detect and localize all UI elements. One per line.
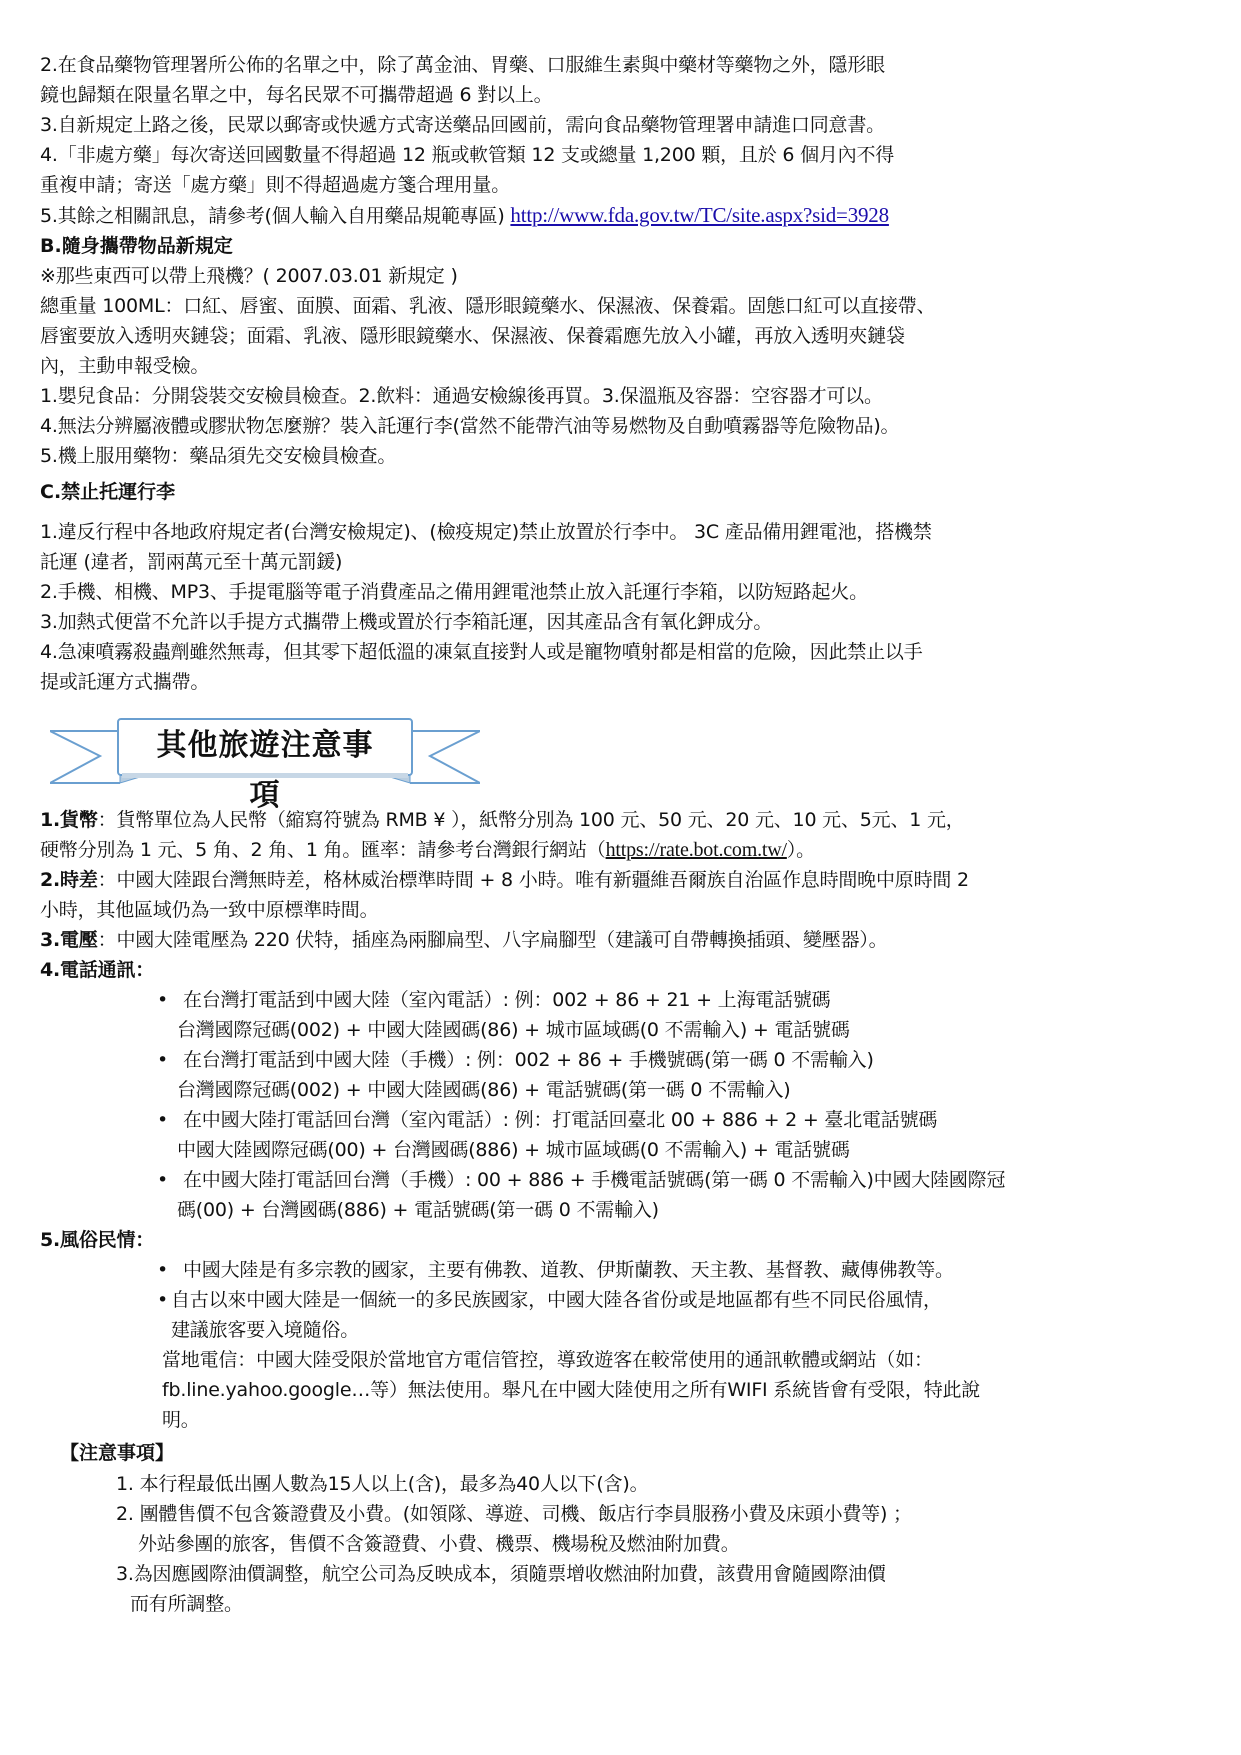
text-line: 2.在食品藥物管理署所公佈的名單之中，除了萬金油、胃藥、口服維生素與中藥材等藥物… xyxy=(40,50,1200,80)
customs-list: •中國大陸是有多宗教的國家，主要有佛教、道教、伊斯蘭教、天主教、基督教、藏傳佛教… xyxy=(40,1255,1200,1435)
text-line: 鏡也歸類在限量名單之中，每名民眾不可攜帶超過 6 對以上。 xyxy=(40,80,1200,110)
list-item: •中國大陸是有多宗教的國家，主要有佛教、道教、伊斯蘭教、天主教、基督教、藏傳佛教… xyxy=(40,1255,1200,1285)
text-line: 1.違反行程中各地政府規定者(台灣安檢規定)、(檢疫規定)禁止放置於行李中。 3… xyxy=(40,517,1200,547)
bullet-icon: • xyxy=(157,1105,183,1135)
fda-link[interactable]: http://www.fda.gov.tw/TC/site.aspx?sid=3… xyxy=(510,203,889,227)
phone-list: •在台灣打電話到中國大陸（室內電話）: 例：002 + 86 + 21 + 上海… xyxy=(40,985,1200,1225)
timezone-line: 2.時差：中國大陸跟台灣無時差，格林威治標準時間 + 8 小時。唯有新疆維吾爾族… xyxy=(40,865,1200,895)
currency-text: ：貨幣單位為人民幣（縮寫符號為 RMB ¥ ），紙幣分別為 100 元、50 元… xyxy=(98,809,965,831)
list-item: •在台灣打電話到中國大陸（室內電話）: 例：002 + 86 + 21 + 上海… xyxy=(40,985,1200,1015)
bot-rate-link[interactable]: https://rate.bot.com.tw/ xyxy=(606,839,787,861)
text-line: 4.急凍噴霧殺蟲劑雖然無毒，但其零下超低溫的凍氣直接對人或是寵物噴射都是相當的危… xyxy=(40,637,1200,667)
timezone-text: ：中國大陸跟台灣無時差，格林威治標準時間 + 8 小時。唯有新疆維吾爾族自治區作… xyxy=(98,869,969,891)
voltage-label: 3.電壓 xyxy=(40,929,98,951)
currency-line-2: 硬幣分別為 1 元、5 角、2 角、1 角。匯率：請參考台灣銀行網站（https… xyxy=(40,835,1200,865)
currency-line: 1.貨幣：貨幣單位為人民幣（縮寫符號為 RMB ¥ ），紙幣分別為 100 元、… xyxy=(40,805,1200,835)
section-b-title: B.隨身攜帶物品新規定 xyxy=(40,231,1200,261)
bullet-icon: • xyxy=(157,985,183,1015)
text-line: 重複申請；寄送「處方藥」則不得超過處方箋合理用量。 xyxy=(40,170,1200,200)
note-item: 2. 團體售價不包含簽證費及小費。(如領隊、導遊、司機、飯店行李員服務小費及床頭… xyxy=(40,1499,1200,1529)
travel-notes: 1.貨幣：貨幣單位為人民幣（縮寫符號為 RMB ¥ ），紙幣分別為 100 元、… xyxy=(40,805,1200,1435)
text-line: 總重量 100ML：口紅、唇蜜、面膜、面霜、乳液、隱形眼鏡藥水、保濕液、保養霜。… xyxy=(40,291,1200,321)
list-item-cont: 台灣國際冠碼(002) + 中國大陸國碼(86) + 城市區域碼(0 不需輸入)… xyxy=(40,1015,1200,1045)
phone-label: 4.電話通訊： xyxy=(40,955,1200,985)
currency-text-end: ）。 xyxy=(787,839,815,861)
note-item-cont: 而有所調整。 xyxy=(40,1589,1200,1619)
bullet-icon: • xyxy=(157,1255,183,1285)
telecom-line: 當地電信：中國大陸受限於當地官方電信管控，導致遊客在較常使用的通訊軟體或網站（如… xyxy=(40,1345,1200,1375)
list-item: •自古以來中國大陸是一個統一的多民族國家，中國大陸各省份或是地區都有些不同民俗風… xyxy=(40,1285,1200,1315)
text-line: 2.手機、相機、MP3、手提電腦等電子消費產品之備用鋰電池禁止放入託運行李箱，以… xyxy=(40,577,1200,607)
text-line: 提或託運方式攜帶。 xyxy=(40,667,1200,697)
timezone-line-2: 小時，其他區域仍為一致中原標準時間。 xyxy=(40,895,1200,925)
section-c: C.禁止托運行李 1.違反行程中各地政府規定者(台灣安檢規定)、(檢疫規定)禁止… xyxy=(40,477,1200,697)
note-item: 1. 本行程最低出團人數為15人以上(含)，最多為40人以下(含)。 xyxy=(40,1469,1200,1499)
text-line: 3.加熱式便當不允許以手提方式攜帶上機或置於行李箱託運，因其產品含有氧化鉀成分。 xyxy=(40,607,1200,637)
list-item: •在中國大陸打電話回台灣（室內電話）: 例：打電話回臺北 00 + 886 + … xyxy=(40,1105,1200,1135)
bullet-icon: • xyxy=(157,1045,183,1075)
timezone-label: 2.時差 xyxy=(40,869,98,891)
phone-item-text: 在台灣打電話到中國大陸（手機）: 例：002 + 86 + 手機號碼(第一碼 0… xyxy=(183,1049,874,1071)
list-item-cont: 中國大陸國際冠碼(00) + 台灣國碼(886) + 城市區域碼(0 不需輸入)… xyxy=(40,1135,1200,1165)
telecom-line: 明。 xyxy=(40,1405,1200,1435)
currency-label: 1.貨幣 xyxy=(40,809,98,831)
text-line: 4.無法分辨屬液體或膠狀物怎麼辦？裝入託運行李(當然不能帶汽油等易燃物及自動噴霧… xyxy=(40,411,1200,441)
text-line: 內，主動申報受檢。 xyxy=(40,351,1200,381)
customs-item-text: 自古以來中國大陸是一個統一的多民族國家，中國大陸各省份或是地區都有些不同民俗風情… xyxy=(171,1289,942,1311)
currency-text-2: 硬幣分別為 1 元、5 角、2 角、1 角。匯率：請參考台灣銀行網站（ xyxy=(40,839,606,861)
phone-item-text: 在台灣打電話到中國大陸（室內電話）: 例：002 + 86 + 21 + 上海電… xyxy=(183,989,830,1011)
section-a: 2.在食品藥物管理署所公佈的名單之中，除了萬金油、胃藥、口服維生素與中藥材等藥物… xyxy=(40,50,1200,231)
phone-item-text: 在中國大陸打電話回台灣（手機）: 00 + 886 + 手機電話號碼(第一碼 0… xyxy=(183,1169,1005,1191)
text-line: 5.其餘之相關訊息，請參考(個人輸入自用藥品規範專區) http://www.f… xyxy=(40,200,1200,231)
list-item-cont: 台灣國際冠碼(002) + 中國大陸國碼(86) + 電話號碼(第一碼 0 不需… xyxy=(40,1075,1200,1105)
customs-label: 5.風俗民情： xyxy=(40,1225,1200,1255)
note-item-cont: 外站參團的旅客，售價不含簽證費、小費、機票、機場稅及燃油附加費。 xyxy=(40,1529,1200,1559)
item5-text: 5.其餘之相關訊息，請參考(個人輸入自用藥品規範專區) xyxy=(40,205,510,227)
note-item: 3.為因應國際油價調整，航空公司為反映成本，須隨票增收燃油附加費，該費用會隨國際… xyxy=(40,1559,1200,1589)
bullet-icon: • xyxy=(157,1165,183,1195)
text-line: 5.機上服用藥物：藥品須先交安檢員檢查。 xyxy=(40,441,1200,471)
text-line: 4.「非處方藥」每次寄送回國數量不得超過 12 瓶或軟管類 12 支或總量 1,… xyxy=(40,140,1200,170)
text-line: 1.嬰兒食品：分開袋裝交安檢員檢查。2.飲料：通過安檢線後再買。3.保溫瓶及容器… xyxy=(40,381,1200,411)
voltage-text: ：中國大陸電壓為 220 伏特，插座為兩腳扁型、八字扁腳型（建議可自帶轉換插頭、… xyxy=(98,929,888,951)
list-item-cont: 建議旅客要入境隨俗。 xyxy=(40,1315,1200,1345)
list-item: •在台灣打電話到中國大陸（手機）: 例：002 + 86 + 手機號碼(第一碼 … xyxy=(40,1045,1200,1075)
voltage-line: 3.電壓：中國大陸電壓為 220 伏特，插座為兩腳扁型、八字扁腳型（建議可自帶轉… xyxy=(40,925,1200,955)
section-c-title: C.禁止托運行李 xyxy=(40,477,1200,507)
document-page: 2.在食品藥物管理署所公佈的名單之中，除了萬金油、胃藥、口服維生素與中藥材等藥物… xyxy=(40,50,1200,1619)
text-line: ※那些東西可以帶上飛機？( 2007.03.01 新規定 ) xyxy=(40,261,1200,291)
list-item-cont: 碼(00) + 台灣國碼(886) + 電話號碼(第一碼 0 不需輸入) xyxy=(40,1195,1200,1225)
list-item: •在中國大陸打電話回台灣（手機）: 00 + 886 + 手機電話號碼(第一碼 … xyxy=(40,1165,1200,1195)
ribbon-banner: 其他旅遊注意事項 xyxy=(50,711,480,793)
customs-item-text: 中國大陸是有多宗教的國家，主要有佛教、道教、伊斯蘭教、天主教、基督教、藏傳佛教等… xyxy=(183,1259,954,1281)
text-line: 唇蜜要放入透明夾鏈袋；面霜、乳液、隱形眼鏡藥水、保濕液、保養霜應先放入小罐，再放… xyxy=(40,321,1200,351)
section-b: B.隨身攜帶物品新規定 ※那些東西可以帶上飛機？( 2007.03.01 新規定… xyxy=(40,231,1200,471)
text-line: 3.自新規定上路之後，民眾以郵寄或快遞方式寄送藥品回國前，需向食品藥物管理署申請… xyxy=(40,110,1200,140)
banner-title: 其他旅遊注意事項 xyxy=(145,721,385,771)
bullet-icon: • xyxy=(157,1285,171,1315)
phone-item-text: 在中國大陸打電話回台灣（室內電話）: 例：打電話回臺北 00 + 886 + 2… xyxy=(183,1109,937,1131)
telecom-line: fb.line.yahoo.google…等）無法使用。舉凡在中國大陸使用之所有… xyxy=(40,1375,1200,1405)
text-line: 託運 (違者，罰兩萬元至十萬元罰鍰) xyxy=(40,547,1200,577)
notes-title: 【注意事項】 xyxy=(40,1437,1200,1469)
notes-section: 【注意事項】 1. 本行程最低出團人數為15人以上(含)，最多為40人以下(含)… xyxy=(40,1437,1200,1619)
